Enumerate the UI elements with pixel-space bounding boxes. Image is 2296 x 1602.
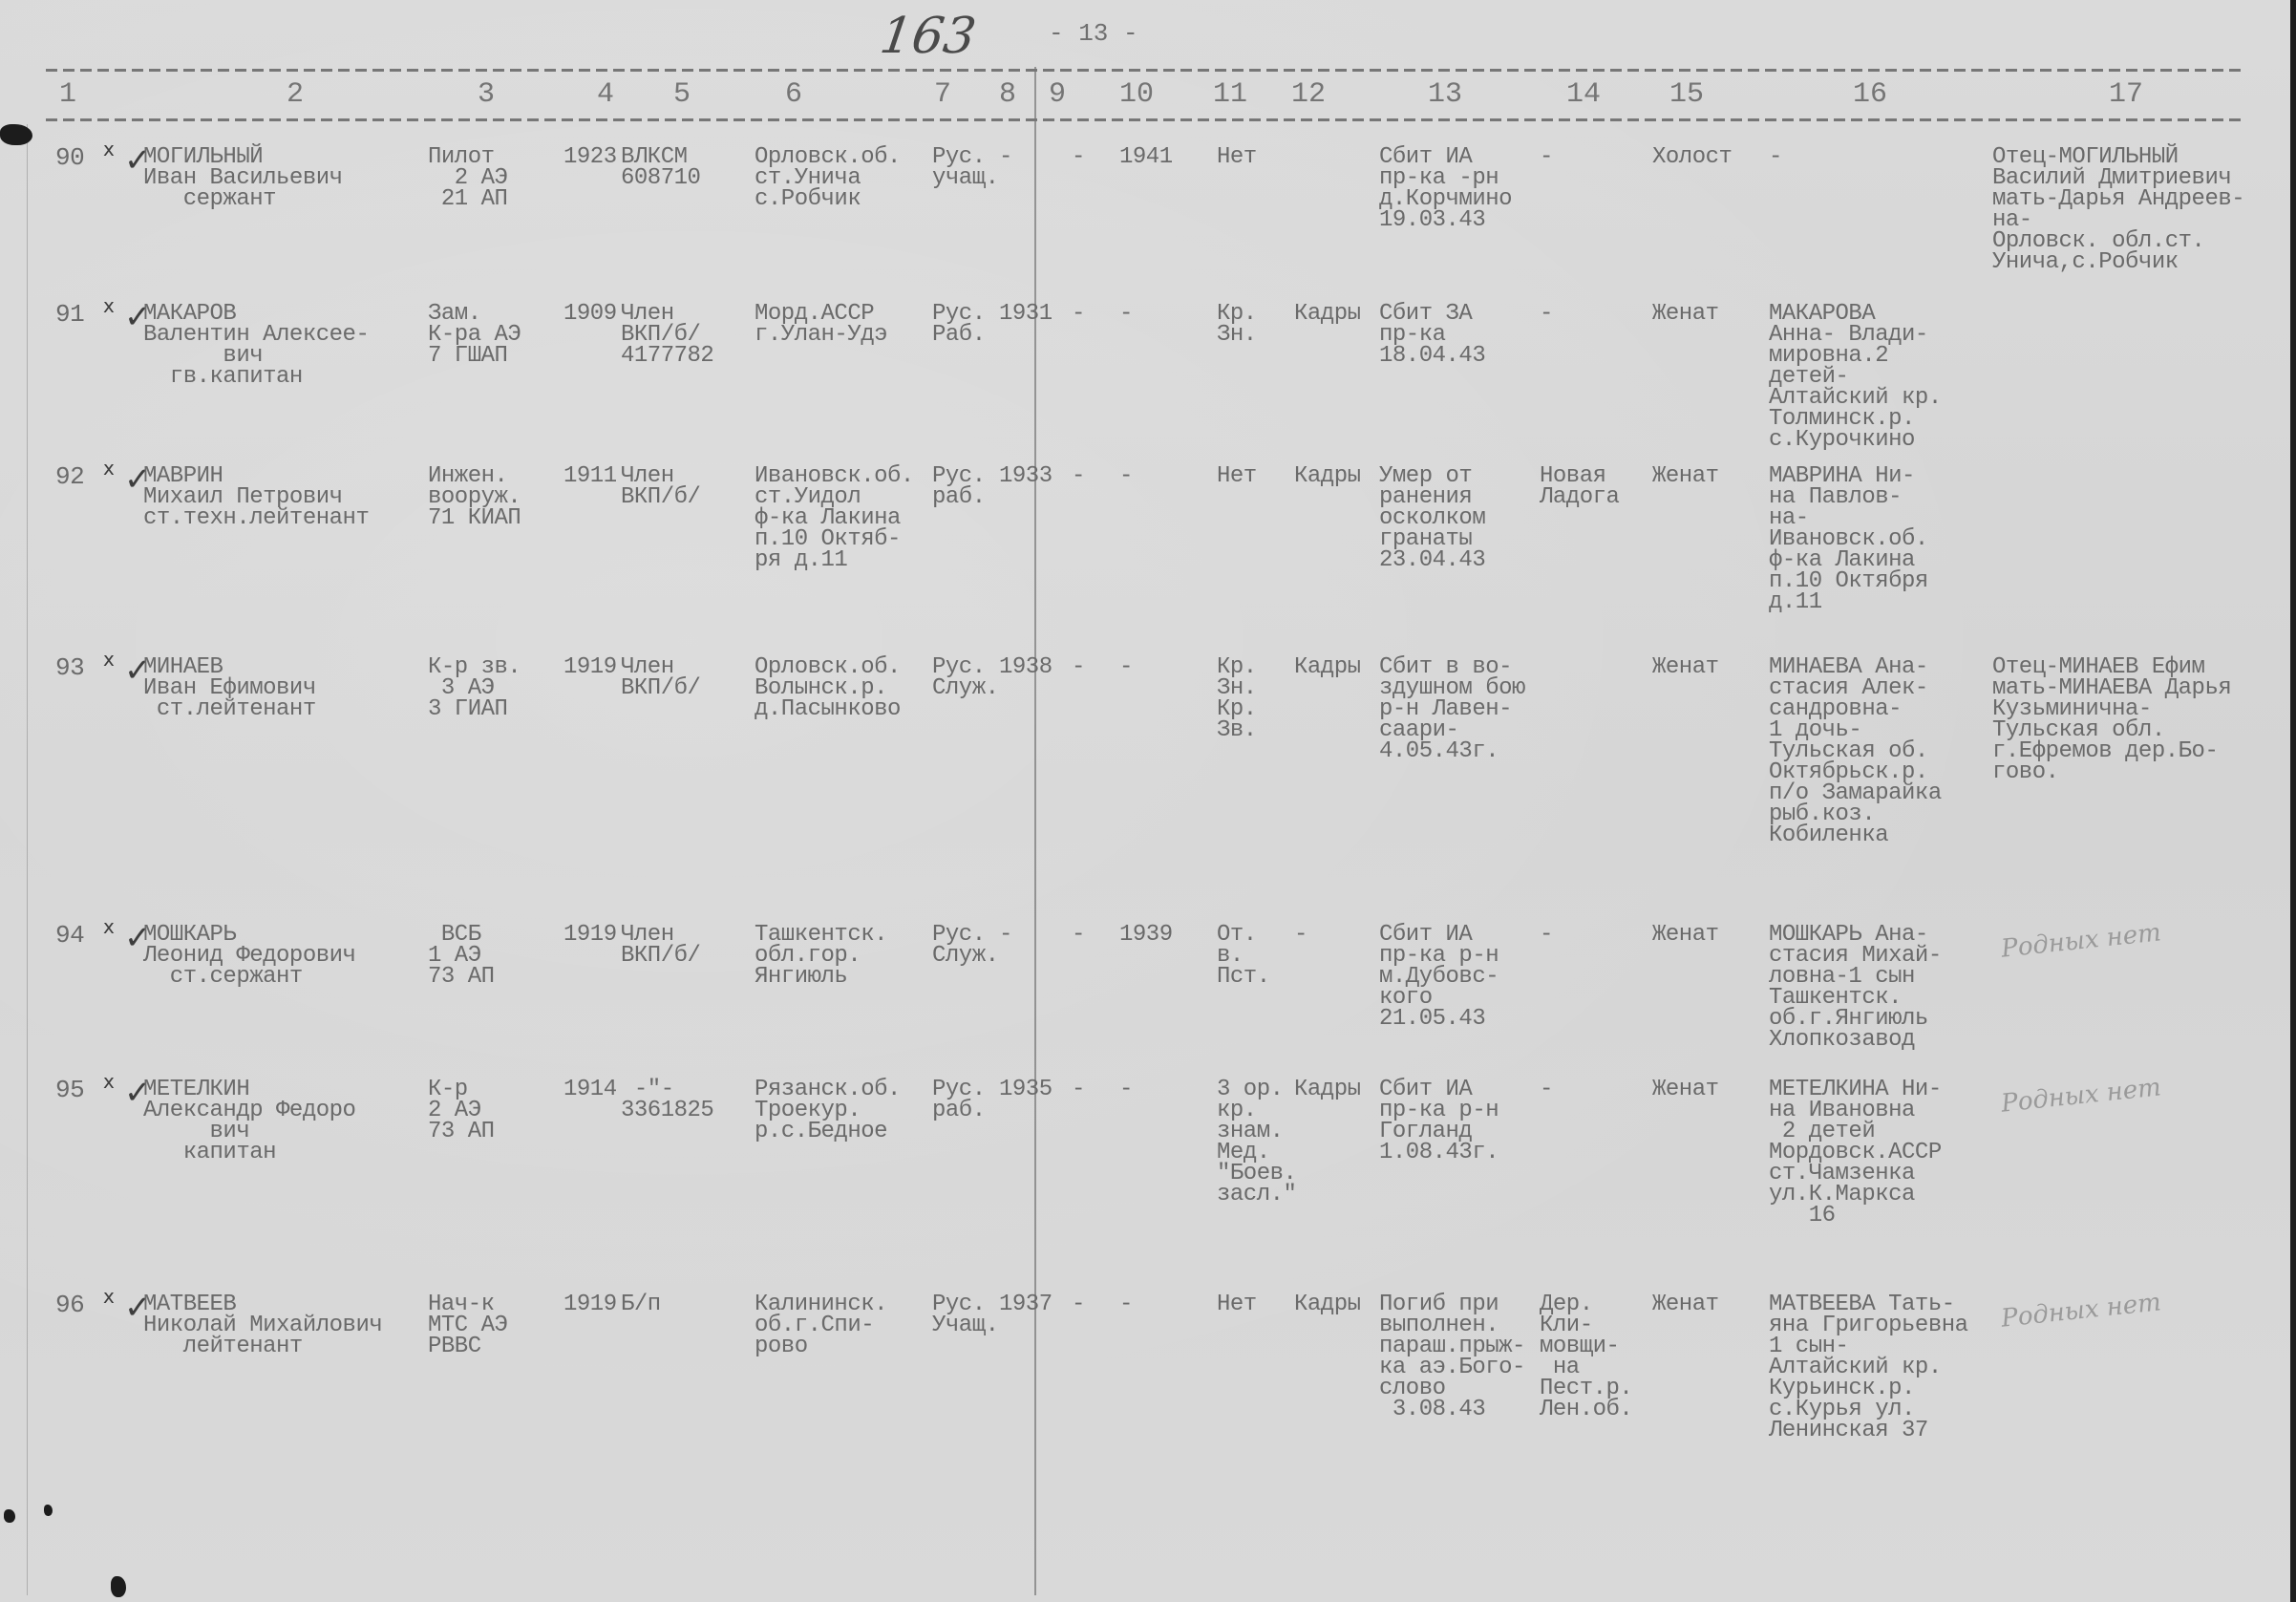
header-top-rule xyxy=(46,69,2243,72)
cross-mark-icon: x xyxy=(103,294,115,317)
handwritten-note: Родных нет xyxy=(2000,1288,2162,1333)
cell-col-9: - xyxy=(1072,466,1085,487)
row-number: 90 xyxy=(55,147,84,168)
column-number-14: 14 xyxy=(1566,78,1601,111)
cell-col-5: Член ВКП/б/ 4177782 xyxy=(621,304,713,367)
cell-col-3: Зам. К-ра АЭ 7 ГШАП xyxy=(428,304,521,367)
cell-col-13: Погиб при выполнен. параш.прыж- ка аэ.Бо… xyxy=(1379,1294,1525,1420)
cell-col-16: МЕТЕЛКИНА Ни- на Ивановна 2 детей Мордов… xyxy=(1769,1079,1942,1227)
cell-col-7: Рус. Служ. xyxy=(932,925,999,967)
cell-col-10: 1941 xyxy=(1119,147,1173,168)
cell-col-3: К-р зв. 3 АЭ 3 ГИАП xyxy=(428,657,521,720)
column-number-7: 7 xyxy=(934,78,951,111)
cell-col-5: Член ВКП/б/ xyxy=(621,657,700,699)
cell-col-8: 1938 xyxy=(999,657,1052,678)
cell-col-4: 1923 xyxy=(563,147,617,168)
cell-col-4: 1919 xyxy=(563,657,617,678)
cell-col-4: 1909 xyxy=(563,304,617,325)
cell-col-5: Член ВКП/б/ xyxy=(621,466,700,508)
ink-blot xyxy=(0,124,32,145)
column-number-2: 2 xyxy=(287,78,304,111)
cell-col-11: 3 ор. кр. знам. Мед. "Боев. засл." xyxy=(1217,1079,1296,1206)
column-number-1: 1 xyxy=(59,78,76,111)
cell-col-2: МИНАЕВ Иван Ефимович ст.лейтенант xyxy=(143,657,316,720)
cell-col-7: Рус. раб. xyxy=(932,466,986,508)
cell-col-6: Орловск.об. Волынск.р. д.Пасынково xyxy=(755,657,901,720)
column-number-3: 3 xyxy=(478,78,495,111)
cell-col-4: 1914 xyxy=(563,1079,617,1100)
cell-col-11: Нет xyxy=(1217,1294,1257,1315)
cell-col-15: Женат xyxy=(1652,1079,1719,1100)
cell-col-3: К-р 2 АЭ 73 АП xyxy=(428,1079,495,1143)
cell-col-10: - xyxy=(1119,1294,1133,1315)
cell-col-10: - xyxy=(1119,304,1133,325)
handwritten-note: Родных нет xyxy=(2000,1073,2162,1118)
cell-col-3: Нач-к МТС АЭ РВВС xyxy=(428,1294,507,1357)
cell-col-6: Орловск.об. ст.Унича с.Робчик xyxy=(755,147,901,210)
cell-col-9: - xyxy=(1072,147,1085,168)
margin-line xyxy=(27,124,28,1595)
cell-col-15: Женат xyxy=(1652,657,1719,678)
cell-col-13: Сбит ИА пр-ка -рн д.Корчмино 19.03.43 xyxy=(1379,147,1512,231)
cell-col-12: Кадры xyxy=(1294,1294,1361,1315)
cell-col-9: - xyxy=(1072,1079,1085,1100)
cross-mark-icon: x xyxy=(103,915,115,938)
cross-mark-icon: x xyxy=(103,1285,115,1308)
cell-col-13: Умер от ранения осколком гранаты 23.04.4… xyxy=(1379,466,1485,571)
cell-col-15: Женат xyxy=(1652,304,1719,325)
cell-col-11: Кр. Зн. xyxy=(1217,304,1257,346)
row-number: 94 xyxy=(55,925,84,946)
cell-col-2: МАТВЕЕВ Николай Михайлович лейтенант xyxy=(143,1294,382,1357)
cell-col-9: - xyxy=(1072,304,1085,325)
cell-col-10: - xyxy=(1119,466,1133,487)
cell-col-10: 1939 xyxy=(1119,925,1173,946)
cell-col-15: Холост xyxy=(1652,147,1732,168)
cell-col-5: Б/п xyxy=(621,1294,661,1315)
column-number-5: 5 xyxy=(673,78,691,111)
cell-col-6: Калининск. об.г.Спи- рово xyxy=(755,1294,887,1357)
column-number-16: 16 xyxy=(1853,78,1887,111)
cell-col-4: 1911 xyxy=(563,466,617,487)
cell-col-7: Рус. учащ. xyxy=(932,147,999,189)
cell-col-12: Кадры xyxy=(1294,304,1361,325)
cell-col-2: МАВРИН Михаил Петрович ст.техн.лейтенант xyxy=(143,466,369,529)
cell-col-8: 1931 xyxy=(999,304,1052,325)
cell-col-16: МАТВЕЕВА Тать- яна Григорьевна 1 сын- Ал… xyxy=(1769,1294,1968,1442)
cell-col-13: Сбит ИА пр-ка р-н м.Дубовс- кого 21.05.4… xyxy=(1379,925,1499,1030)
cell-col-14: - xyxy=(1540,147,1553,168)
cell-col-3: Пилот 2 АЭ 21 АП xyxy=(428,147,507,210)
cell-col-7: Рус. Раб. xyxy=(932,304,986,346)
row-number: 96 xyxy=(55,1294,84,1315)
cell-col-17: Отец-МОГИЛЬНЫЙ Василий Дмитриевич мать-Д… xyxy=(1992,147,2244,273)
cell-col-11: Нет xyxy=(1217,466,1257,487)
cell-col-14: - xyxy=(1540,925,1553,946)
cell-col-2: МЕТЕЛКИН Александр Федоро вич капитан xyxy=(143,1079,355,1164)
cell-col-14: Дер. Кли- мовщи- на Пест.р. Лен.об. xyxy=(1540,1294,1632,1420)
cell-col-12: Кадры xyxy=(1294,466,1361,487)
cell-col-10: - xyxy=(1119,1079,1133,1100)
cell-col-12: - xyxy=(1294,925,1307,946)
cell-col-2: МОШКАРЬ Леонид Федорович ст.сержант xyxy=(143,925,355,988)
cell-col-11: От. в. Пст. xyxy=(1217,925,1270,988)
cell-col-3: ВСБ 1 АЭ 73 АП xyxy=(428,925,495,988)
cell-col-12: Кадры xyxy=(1294,657,1361,678)
cell-col-4: 1919 xyxy=(563,925,617,946)
cell-col-8: - xyxy=(999,925,1012,946)
cell-col-5: -"- 3361825 xyxy=(621,1079,713,1121)
row-number: 95 xyxy=(55,1079,84,1100)
cell-col-12: Кадры xyxy=(1294,1079,1361,1100)
cell-col-17: Отец-МИНАЕВ Ефим мать-МИНАЕВА Дарья Кузь… xyxy=(1992,657,2231,783)
cell-col-16: МАКАРОВА Анна- Влади- мировна.2 детей- А… xyxy=(1769,304,1942,451)
ink-blot xyxy=(111,1576,126,1597)
cell-col-8: - xyxy=(999,147,1012,168)
cell-col-6: Ташкентск. обл.гор. Янгиюль xyxy=(755,925,887,988)
cell-col-6: Ивановск.об. ст.Уидол ф-ка Лакина п.10 О… xyxy=(755,466,914,571)
cell-col-7: Рус. раб. xyxy=(932,1079,986,1121)
column-number-11: 11 xyxy=(1213,78,1247,111)
cell-col-6: Морд.АССР г.Улан-Удэ xyxy=(755,304,887,346)
column-number-6: 6 xyxy=(785,78,802,111)
row-number: 93 xyxy=(55,657,84,678)
cell-col-16: - xyxy=(1769,147,1782,168)
page-number: 163 xyxy=(877,8,980,65)
cell-col-16: МОШКАРЬ Ана- стасия Михай- ловна-1 сын Т… xyxy=(1769,925,1942,1051)
document-sheet: 163 - 13 - 1234567891011121314151617 90x… xyxy=(0,0,2296,1602)
cell-col-5: Член ВКП/б/ xyxy=(621,925,700,967)
cross-mark-icon: x xyxy=(103,457,115,480)
cell-col-16: МАВРИНА Ни- на Павлов- на- Ивановск.об. … xyxy=(1769,466,1928,613)
cell-col-15: Женат xyxy=(1652,925,1719,946)
cell-col-14: - xyxy=(1540,304,1553,325)
scan-edge xyxy=(2290,0,2296,1602)
cell-col-2: МОГИЛЬНЫЙ Иван Васильевич сержант xyxy=(143,147,343,210)
column-number-17: 17 xyxy=(2109,78,2143,111)
cell-col-15: Женат xyxy=(1652,1294,1719,1315)
cell-col-13: Сбит ИА пр-ка р-н Гогланд 1.08.43г. xyxy=(1379,1079,1499,1164)
cell-col-2: МАКАРОВ Валентин Алексее- вич гв.капитан xyxy=(143,304,369,388)
cell-col-10: - xyxy=(1119,657,1133,678)
cell-col-13: Сбит ЗА пр-ка 18.04.43 xyxy=(1379,304,1485,367)
row-number: 92 xyxy=(55,466,84,487)
row-number: 91 xyxy=(55,304,84,325)
cross-mark-icon: x xyxy=(103,648,115,671)
column-number-8: 8 xyxy=(999,78,1016,111)
column-number-15: 15 xyxy=(1669,78,1704,111)
cell-col-14: Новая Ладога xyxy=(1540,466,1619,508)
cell-col-13: Сбит в во- здушном бою р-н Лавен- саари-… xyxy=(1379,657,1525,762)
cell-col-11: Кр. Зн. Кр. Зв. xyxy=(1217,657,1257,741)
cell-col-8: 1937 xyxy=(999,1294,1052,1315)
page-sub-number: - 13 - xyxy=(1049,19,1138,48)
column-number-12: 12 xyxy=(1291,78,1326,111)
column-number-10: 10 xyxy=(1119,78,1154,111)
cell-col-6: Рязанск.об. Троекур. р.с.Бедное xyxy=(755,1079,901,1143)
cell-col-7: Рус. Учащ. xyxy=(932,1294,999,1336)
cell-col-8: 1935 xyxy=(999,1079,1052,1100)
column-number-4: 4 xyxy=(597,78,614,111)
cell-col-11: Нет xyxy=(1217,147,1257,168)
cell-col-8: 1933 xyxy=(999,466,1052,487)
cell-col-14: - xyxy=(1540,1079,1553,1100)
cell-col-9: - xyxy=(1072,657,1085,678)
cell-col-5: ВЛКСМ 608710 xyxy=(621,147,700,189)
cell-col-9: - xyxy=(1072,1294,1085,1315)
column-number-9: 9 xyxy=(1049,78,1066,111)
handwritten-note: Родных нет xyxy=(2000,918,2162,963)
cell-col-9: - xyxy=(1072,925,1085,946)
cell-col-4: 1919 xyxy=(563,1294,617,1315)
ink-blot xyxy=(44,1505,53,1516)
column-number-13: 13 xyxy=(1428,78,1462,111)
cross-mark-icon: x xyxy=(103,138,115,160)
cell-col-15: Женат xyxy=(1652,466,1719,487)
cross-mark-icon: x xyxy=(103,1070,115,1093)
ink-blot xyxy=(4,1509,15,1523)
header-bottom-rule xyxy=(46,118,2243,121)
cell-col-7: Рус. Служ. xyxy=(932,657,999,699)
cell-col-16: МИНАЕВА Ана- стасия Алек- сандровна- 1 д… xyxy=(1769,657,1942,846)
cell-col-3: Инжен. вооруж. 71 КИАП xyxy=(428,466,521,529)
fold-line xyxy=(1034,67,1036,1595)
